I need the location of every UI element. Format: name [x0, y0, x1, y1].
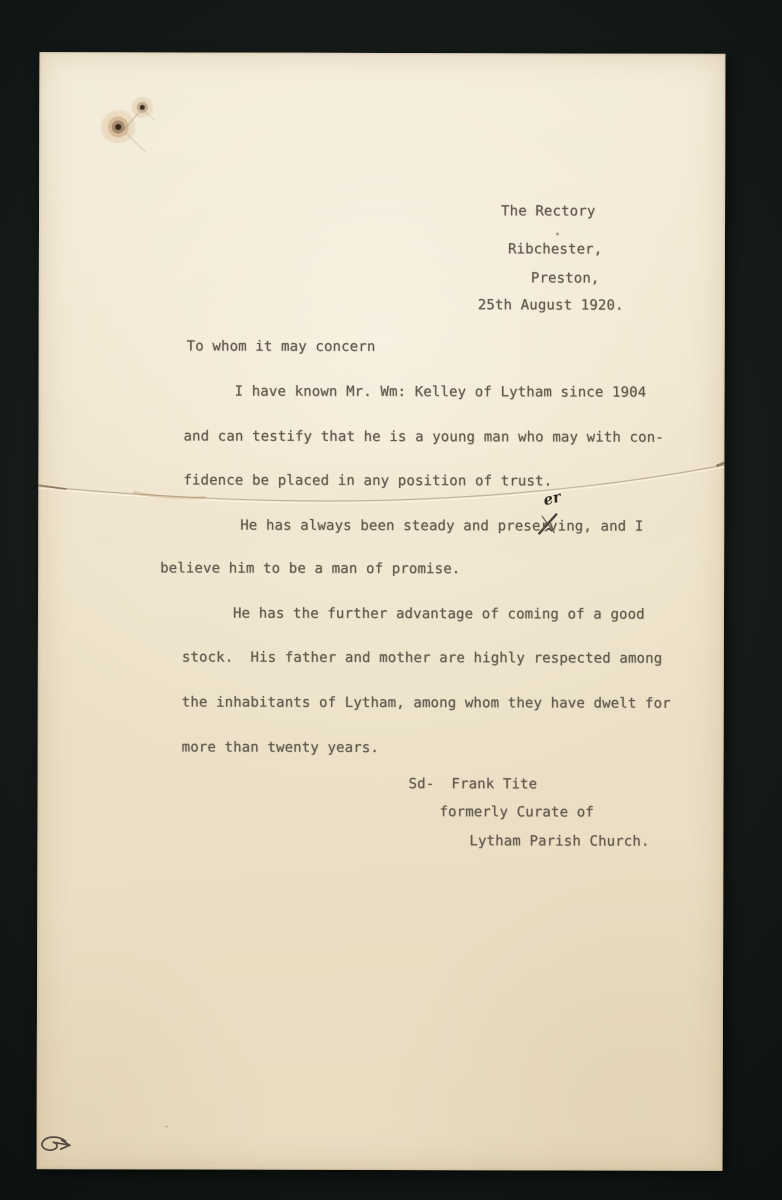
heading-line: Preston, — [531, 269, 600, 287]
signature-line: Sd- Frank Tite — [409, 775, 538, 793]
insertion-caret: ^ — [543, 526, 554, 541]
body-line: fidence be placed in any position of tru… — [183, 471, 552, 490]
paper-speck — [166, 1125, 168, 1127]
body-line: the inhabitants of Lytham, among whom th… — [182, 693, 671, 712]
date-line: 25th August 1920. — [478, 296, 624, 314]
pen-mark — [42, 1137, 70, 1150]
scanned-letter: The Rectory Ribchester, Preston, 25th Au… — [0, 0, 782, 1200]
heading-line: The Rectory — [501, 202, 595, 220]
body-line: He has always been steady and preserving… — [240, 517, 643, 536]
rust-stain-small — [130, 96, 154, 118]
paper-speck — [556, 232, 559, 235]
tear-left-edge — [38, 485, 66, 489]
handwritten-insertion: er — [541, 488, 562, 510]
signature-line: Lytham Parish Church. — [469, 832, 649, 850]
signature-line: formerly Curate of — [439, 803, 593, 821]
heading-line: Ribchester, — [508, 240, 602, 258]
salutation: To whom it may concern — [187, 337, 376, 355]
tear-right-edge — [716, 463, 724, 466]
body-line: more than twenty years. — [182, 738, 379, 757]
body-line: and can testify that he is a young man w… — [183, 427, 663, 446]
body-line: stock. His father and mother are highly … — [182, 648, 662, 667]
crease-smudge — [133, 492, 206, 498]
letter-paper: The Rectory Ribchester, Preston, 25th Au… — [37, 52, 726, 1171]
body-line: He has the further advantage of coming o… — [233, 605, 645, 624]
body-line: I have known Mr. Wm: Kelley of Lytham si… — [235, 383, 647, 402]
body-line: believe him to be a man of promise. — [160, 559, 460, 578]
